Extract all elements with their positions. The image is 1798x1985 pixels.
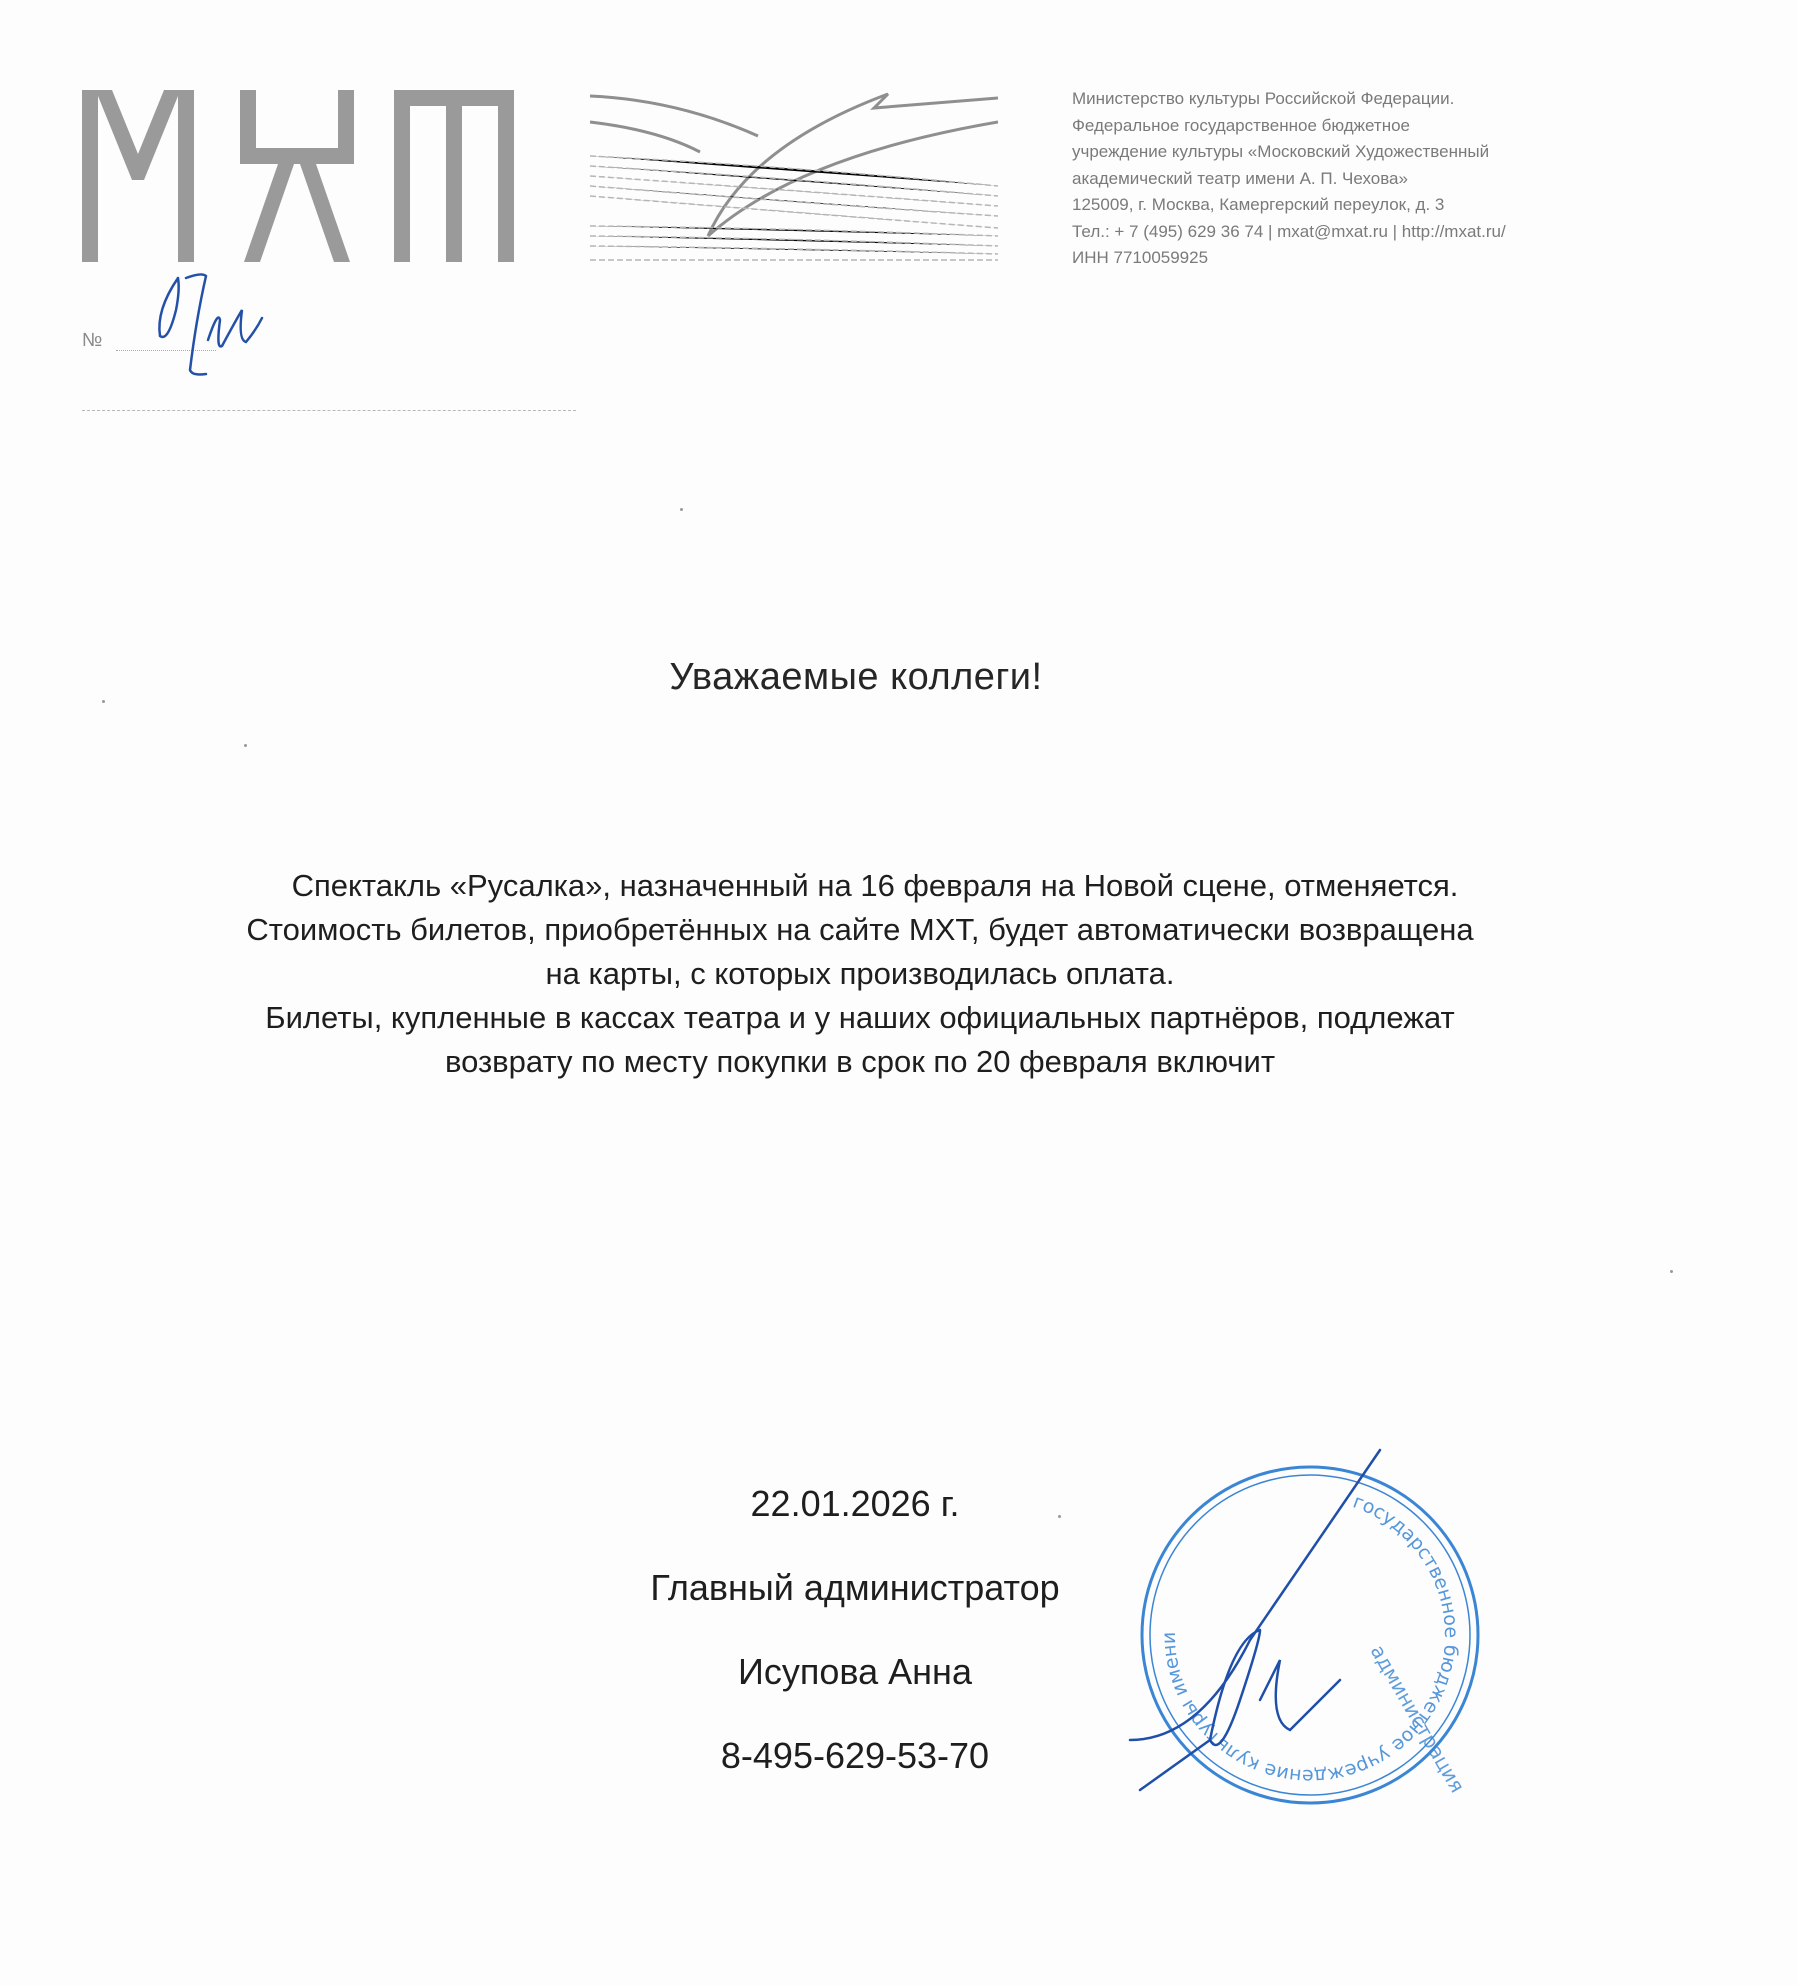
- signature-block: 22.01.2026 г. Главный администратор Исуп…: [560, 1476, 1150, 1812]
- official-stamp: государственное бюджетное учреждение кул…: [1120, 1440, 1500, 1830]
- signatory-name: Исупова Анна: [560, 1644, 1150, 1728]
- org-line: академический театр имени А. П. Чехова»: [1072, 166, 1632, 193]
- header-divider: [82, 410, 576, 411]
- org-line: учреждение культуры «Московский Художест…: [1072, 139, 1632, 166]
- scan-speck: [1670, 1270, 1673, 1273]
- body-line: Спектакль «Русалка», назначенный на 16 ф…: [80, 864, 1640, 908]
- theatre-emblem: [588, 86, 998, 264]
- round-stamp-icon: государственное бюджетное учреждение кул…: [1120, 1440, 1500, 1830]
- org-line: Министерство культуры Российской Федерац…: [1072, 86, 1632, 113]
- org-contacts: Тел.: + 7 (495) 629 36 74 | mxat@mxat.ru…: [1072, 219, 1632, 246]
- letter-body: Спектакль «Русалка», назначенный на 16 ф…: [80, 864, 1640, 1084]
- letter-date: 22.01.2026 г.: [560, 1476, 1150, 1560]
- scan-speck: [102, 700, 105, 703]
- scan-speck: [680, 508, 683, 511]
- body-line: на карты, с которых производилась оплата…: [80, 952, 1640, 996]
- svg-text:государственное бюджетное учре: государственное бюджетное учреждение кул…: [1120, 1440, 1462, 1787]
- body-line: Стоимость билетов, приобретённых на сайт…: [80, 908, 1640, 952]
- scan-speck: [244, 744, 247, 747]
- seagull-emblem-icon: [588, 86, 998, 264]
- signatory-phone: 8-495-629-53-70: [560, 1728, 1150, 1812]
- org-inn: ИНН 7710059925: [1072, 245, 1632, 272]
- handwritten-number-icon: [146, 270, 296, 390]
- body-line: возврату по месту покупки в срок по 20 ф…: [80, 1040, 1640, 1084]
- scan-speck: [1058, 1515, 1061, 1518]
- organization-info: Министерство культуры Российской Федерац…: [1072, 86, 1632, 272]
- document-number-handwritten: [146, 270, 296, 390]
- letter-greeting: Уважаемые коллеги!: [0, 656, 1712, 699]
- mxt-logo: [82, 90, 514, 262]
- org-address: 125009, г. Москва, Камергерский переулок…: [1072, 192, 1632, 219]
- org-line: Федеральное государственное бюджетное: [1072, 113, 1632, 140]
- signatory-position: Главный администратор: [560, 1560, 1150, 1644]
- document-number-label: №: [82, 330, 102, 352]
- body-line: Билеты, купленные в кассах театра и у на…: [80, 996, 1640, 1040]
- mxt-logo-icon: [82, 90, 514, 262]
